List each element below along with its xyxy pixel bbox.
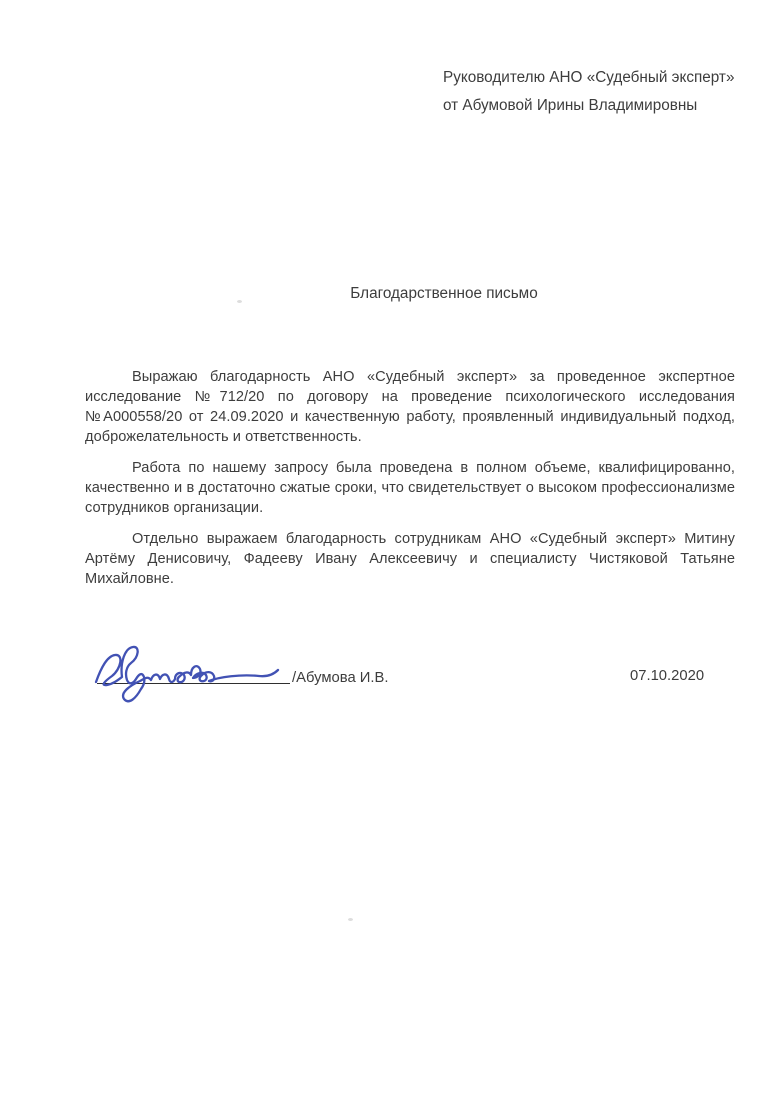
signature-line [97,683,290,684]
letter-body: Выражаю благодарность АНО «Судебный эксп… [85,367,735,600]
paragraph-work-quality: Работа по нашему запросу была проведена … [85,458,735,518]
scan-speck [348,918,353,921]
handwritten-signature [91,634,291,708]
signature-ink-stroke [96,647,278,701]
recipient-line: Руководителю АНО «Судебный эксперт» [443,64,734,92]
letter-date: 07.10.2020 [630,666,704,686]
letter-page: Руководителю АНО «Судебный эксперт» от А… [0,0,782,1110]
paragraph-staff-thanks: Отдельно выражаем благодарность сотрудни… [85,529,735,589]
letter-title: Благодарственное письмо [85,283,769,305]
addressee-block: Руководителю АНО «Судебный эксперт» от А… [443,64,734,120]
paragraph-gratitude: Выражаю благодарность АНО «Судебный эксп… [85,367,735,447]
sender-line: от Абумовой Ирины Владимировны [443,92,734,120]
signature-block: /Абумова И.В. 07.10.2020 [85,640,735,710]
printed-name: /Абумова И.В. [292,668,389,688]
